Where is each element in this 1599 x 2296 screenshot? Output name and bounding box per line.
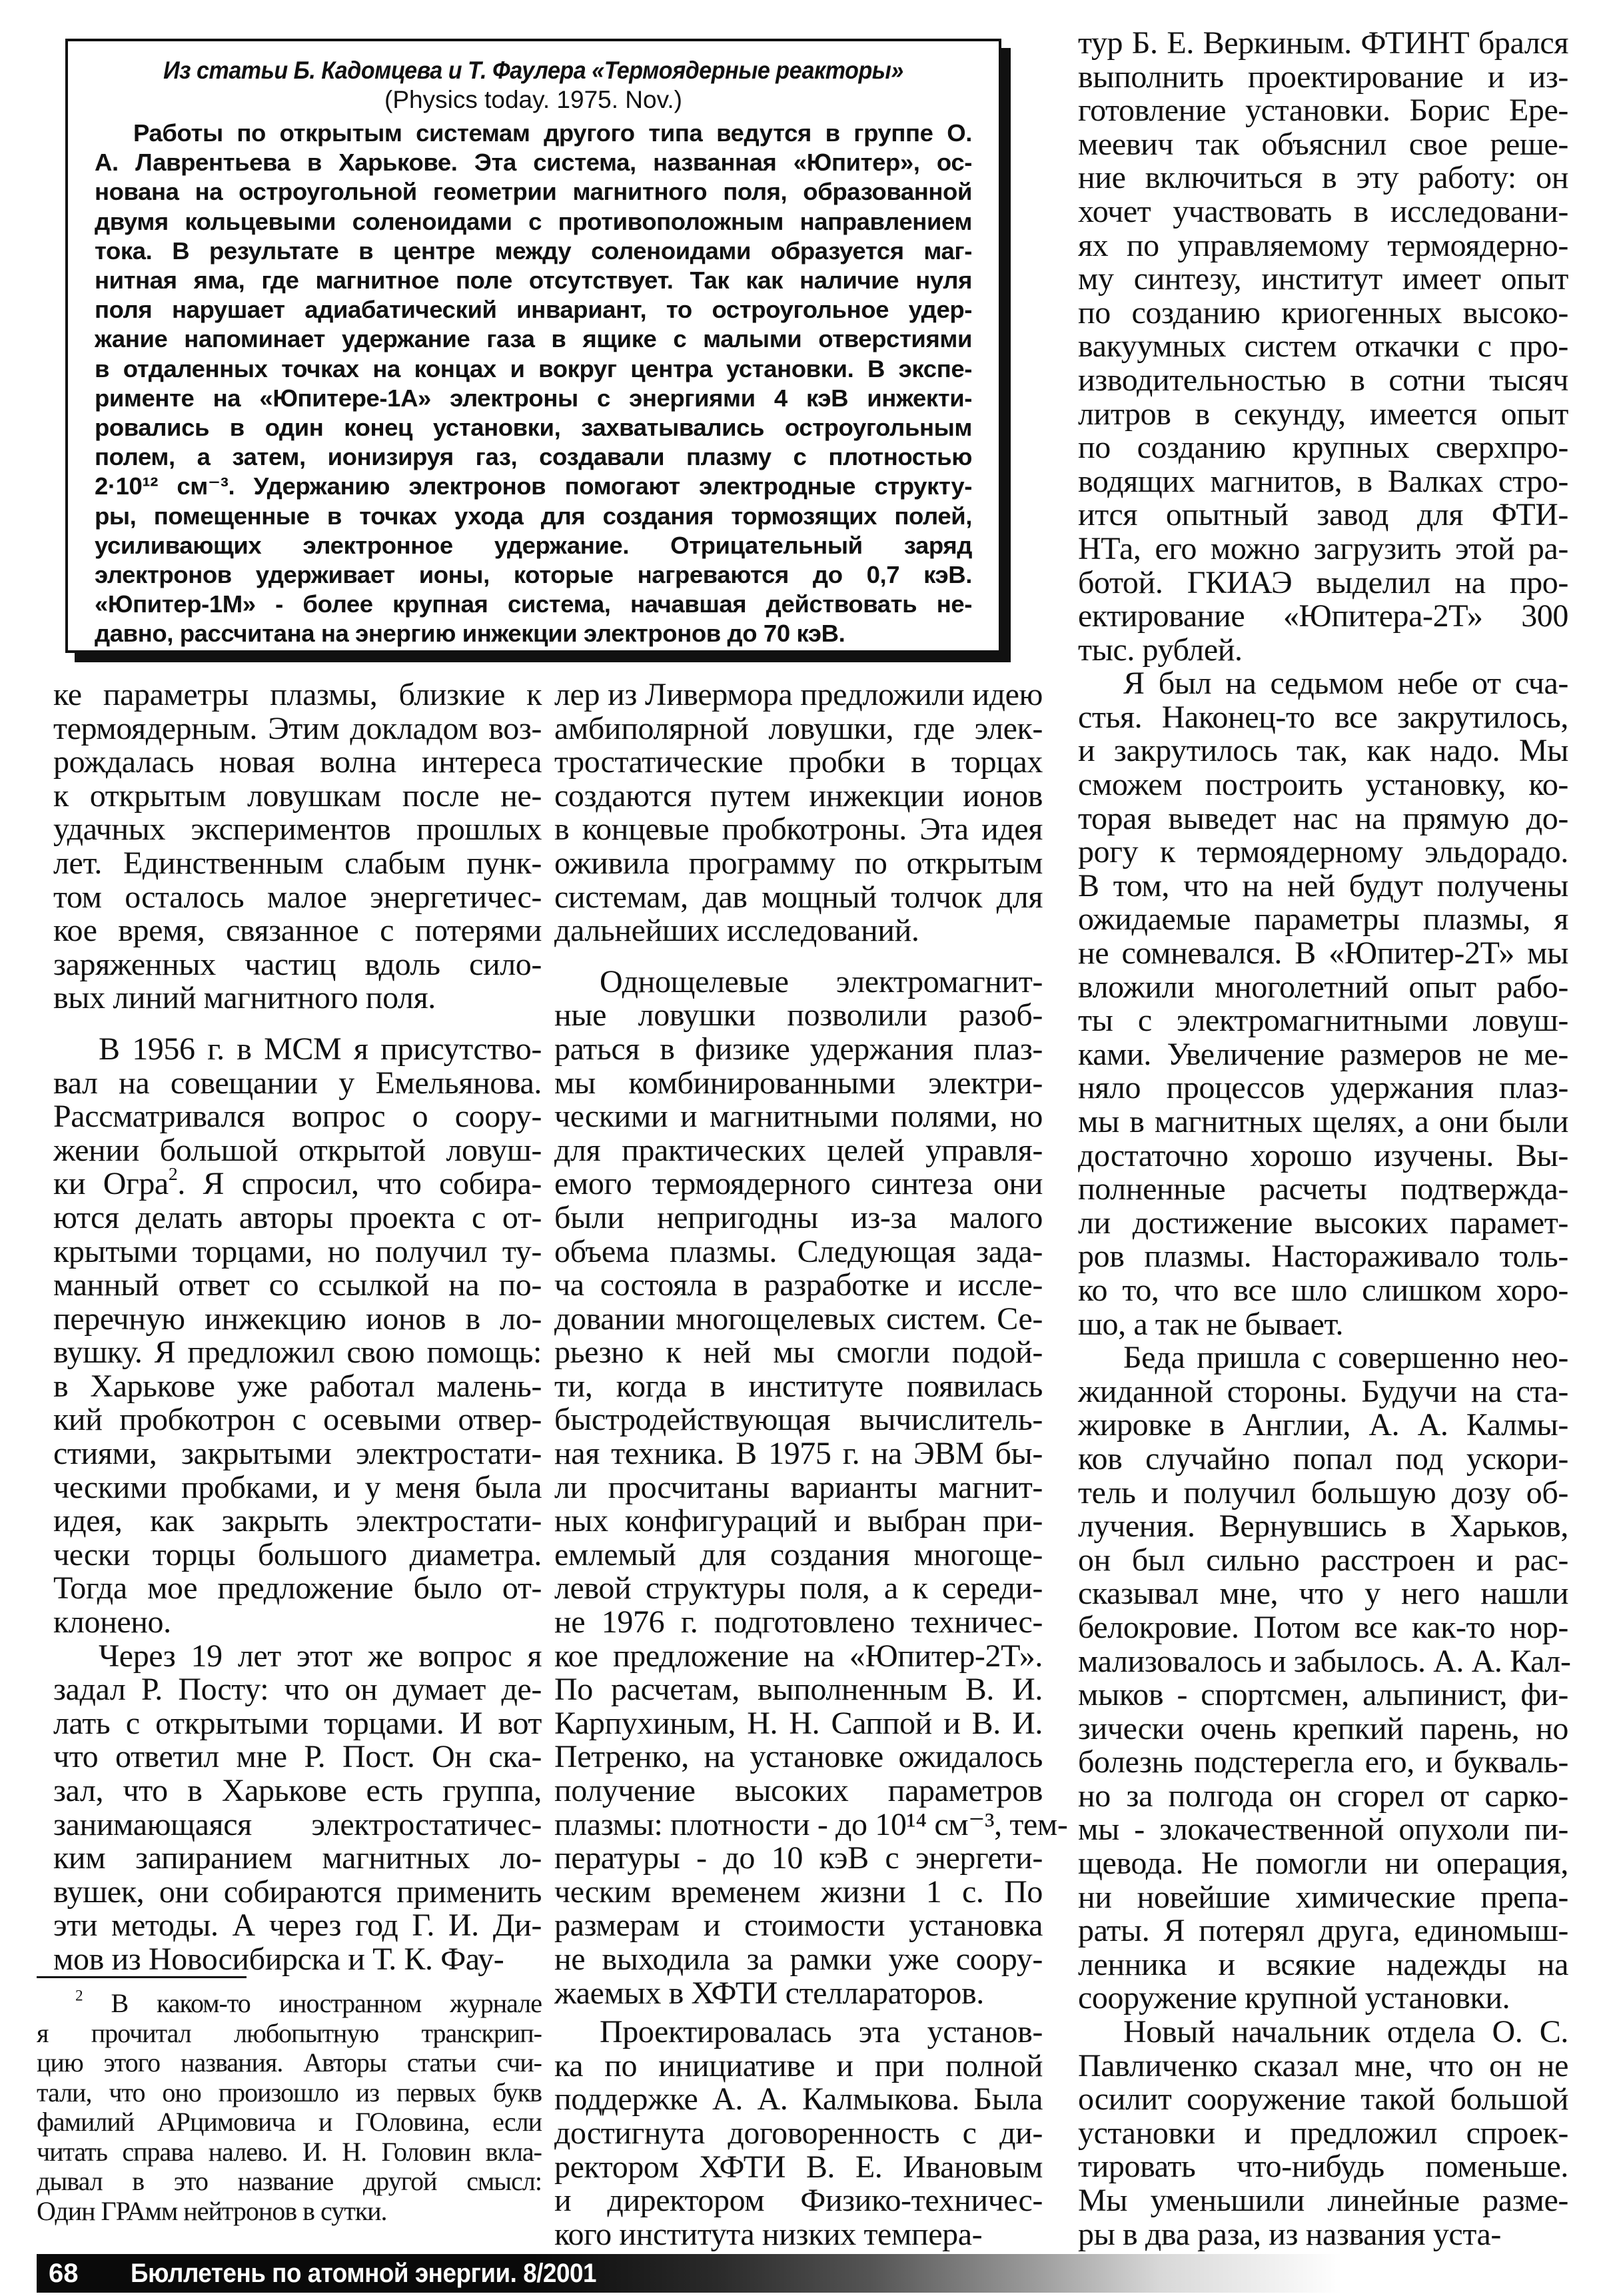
text-line: мыков - спортсмен, альпинист, фи- xyxy=(1078,1678,1568,1712)
text-line: вакуумных систем откачки с про- xyxy=(1078,330,1568,364)
text-line: вушку. Я предложил свою помощь: xyxy=(53,1336,542,1370)
text-line: ты с электромагнитными ловуш- xyxy=(1078,1004,1568,1038)
text-line: чески торцы большого диаметра. xyxy=(53,1538,542,1572)
text-line: ректором ХФТИ В. Е. Ивановым xyxy=(554,2151,1043,2185)
text-line: занимающаяся электростатичес- xyxy=(53,1808,542,1842)
text-line: стиями, закрытыми электростати- xyxy=(53,1437,542,1471)
text-line: ками. Увеличение размеров не ме- xyxy=(1078,1038,1568,1072)
text-line: к открытым ловушкам после не- xyxy=(53,780,542,814)
paragraph: ке параметры плазмы, близкие ктермоядерн… xyxy=(53,678,542,1015)
text-line: он был сильно расстроен и рас- xyxy=(1078,1544,1568,1578)
text-line: не сомневался. В «Юпитер-2Т» мы xyxy=(1078,937,1568,971)
text-line: кое предложение на «Юпитер-2Т». xyxy=(554,1640,1043,1674)
text-line: я прочитал любопытную транскрип- xyxy=(37,2019,542,2049)
paragraph: Я был на седьмом небе от сча-стья. Након… xyxy=(1078,667,1568,1341)
text-line: ются делать авторы проекта с от- xyxy=(53,1201,542,1235)
text-line: вушек, они собираются применить xyxy=(53,1876,542,1910)
text-line: нована на остроугольной геометрии магнит… xyxy=(95,177,972,207)
text-line: дывал в это название другой смысл: xyxy=(37,2167,542,2197)
text-line: фамилий АРцимовича и ГОловина, если xyxy=(37,2107,542,2137)
text-line: ков случайно попал под ускори- xyxy=(1078,1442,1568,1476)
text-line: выполнить проектирование и из- xyxy=(1078,61,1568,95)
text-line: вых линий магнитного поля. xyxy=(53,981,542,1015)
text-line: ные ловушки позволили разоб- xyxy=(554,999,1043,1033)
text-line: тель и получил большую дозу об- xyxy=(1078,1476,1568,1510)
text-line: ожидаемые параметры плазмы, я xyxy=(1078,903,1568,937)
text-line: ка по инициативе и при полной xyxy=(554,2049,1043,2083)
text-line: Тогда мое предложение было от- xyxy=(53,1572,542,1606)
text-line: ко то, что все шло слишком хоро- xyxy=(1078,1274,1568,1308)
text-line: Один ГРАмм нейтронов в сутки. xyxy=(37,2197,542,2227)
text-line: изводительностью в сотни тысяч xyxy=(1078,364,1568,398)
column-middle: лер из Ливермора предложили идеюамбиполя… xyxy=(554,678,1043,2251)
text-line: ли достижение высоких парамет- xyxy=(1078,1207,1568,1241)
text-line: не выходила за рамки уже соору- xyxy=(554,1943,1043,1977)
text-line: зически очень крепкий парень, но xyxy=(1078,1712,1568,1746)
text-line: по созданию криогенных высоко- xyxy=(1078,296,1568,330)
text-line: «Юпитер-1М» - более крупная система, нач… xyxy=(95,590,972,619)
text-line: болезнь подстерегла его, и букваль- xyxy=(1078,1746,1568,1780)
text-line: пературы - до 10 кэВ с энергети- xyxy=(554,1842,1043,1876)
text-line: по созданию крупных сверхпро- xyxy=(1078,431,1568,465)
text-line: клонено. xyxy=(53,1606,542,1640)
text-line: кий пробкотрон с осевыми отвер- xyxy=(53,1403,542,1437)
text-line: создаются путем инжекции ионов xyxy=(554,780,1043,814)
text-line: Новый начальник отдела О. С. xyxy=(1078,2015,1568,2049)
paragraph: Беда пришла с совершенно нео-жиданной ст… xyxy=(1078,1341,1568,2015)
text-line: были непригодны из-за малого xyxy=(554,1201,1043,1235)
magazine-page: Из статьи Б. Кадомцева и Т. Фаулера «Тер… xyxy=(0,0,1599,2296)
text-line: не 1976 г. подготовлено техничес- xyxy=(554,1606,1043,1640)
text-line: тыс. рублей. xyxy=(1078,634,1568,668)
text-line: кого института низких темпера- xyxy=(554,2218,1043,2252)
text-line: сооружение крупной установки. xyxy=(1078,1982,1568,2015)
text-line: идея, как закрыть электростати- xyxy=(53,1504,542,1538)
text-line: му синтезу, институт имеет опыт xyxy=(1078,263,1568,296)
text-line: и закрутилось так, как надо. Мы xyxy=(1078,734,1568,768)
text-line: полненные расчеты подтвержда- xyxy=(1078,1173,1568,1207)
text-line: мы комбинированными электри- xyxy=(554,1067,1043,1101)
quote-source: (Physics today. 1975. Nov.) xyxy=(95,85,972,115)
journal-title: Бюллетень по атомной энергии. 8/2001 xyxy=(131,2254,596,2293)
text-line: довании многощелевых систем. Се- xyxy=(554,1303,1043,1337)
text-line: ры, помещенные в точках ухода для создан… xyxy=(95,502,972,531)
text-line: ленника и всякие надежды на xyxy=(1078,1948,1568,1982)
text-line: жаемых в ХФТИ стеллараторов. xyxy=(554,1977,1043,2011)
text-line: вложили многолетний опыт рабо- xyxy=(1078,971,1568,1005)
text-line: жание напоминает удержание газа в ящике … xyxy=(95,324,972,354)
text-line: Карпухиным, Н. Н. Саппой и В. И. xyxy=(554,1707,1043,1741)
text-line: тировать что-нибудь поменьше. xyxy=(1078,2150,1568,2184)
column-left: ке параметры плазмы, близкие ктермоядерн… xyxy=(53,678,542,1977)
paragraph: тур Б. Е. Веркиным. ФТИНТ бралсявыполнит… xyxy=(1078,27,1568,667)
text-line: мализовалось и забылось. А. А. Кал- xyxy=(1078,1645,1568,1679)
text-line: ровались в один конец установки, захваты… xyxy=(95,413,972,442)
paragraph: Проектировалась эта установ-ка по инициа… xyxy=(554,2015,1043,2251)
text-line: манный ответ со ссылкой на по- xyxy=(53,1269,542,1303)
text-line: Рассматривался вопрос о соору- xyxy=(53,1100,542,1134)
text-line: мов из Новосибирска и Т. К. Фау- xyxy=(53,1943,542,1977)
text-line: мы в магнитных щелях, а они были xyxy=(1078,1105,1568,1139)
page-number: 68 xyxy=(37,2254,123,2293)
text-line: читать справа налево. И. Н. Головин вкла… xyxy=(37,2137,542,2167)
text-line: ится опытный завод для ФТИ- xyxy=(1078,498,1568,532)
text-line: Петренко, на установке ожидалось xyxy=(554,1740,1043,1774)
text-line: системам, дав мощный толчок для xyxy=(554,881,1043,915)
paragraph: В 1956 г. в МСМ я присутство-вал на сове… xyxy=(53,1033,542,1640)
text-line: плазмы: плотности - до 10¹⁴ см⁻³, тем- xyxy=(554,1808,1043,1842)
text-line: и директором Физико-техничес- xyxy=(554,2184,1043,2218)
text-line: Работы по открытым системам другого типа… xyxy=(95,119,972,148)
text-line: полем, а затем, ионизируя газ, создавали… xyxy=(95,442,972,472)
text-line: Павличенко сказал мне, что он не xyxy=(1078,2049,1568,2083)
text-line: но за полгода он сгорел от сарко- xyxy=(1078,1780,1568,1814)
text-line: ким запиранием магнитных ло- xyxy=(53,1842,542,1876)
text-line: белокровие. Потом все как-то нор- xyxy=(1078,1611,1568,1645)
text-line: стья. Наконец-то все закрутилось, xyxy=(1078,701,1568,735)
text-line: В 1956 г. в МСМ я присутство- xyxy=(53,1033,542,1067)
paragraph: лер из Ливермора предложили идеюамбиполя… xyxy=(554,678,1043,948)
text-line: усиливающих электронное удержание. Отриц… xyxy=(95,531,972,560)
text-line: щевода. Не помогли ни операция, xyxy=(1078,1847,1568,1881)
text-line: 2 В каком-то иностранном журнале xyxy=(37,1989,542,2019)
text-line: быстродействующая вычислитель- xyxy=(554,1403,1043,1437)
text-line: лет. Единственным слабым пунк- xyxy=(53,847,542,881)
text-line: для практических целей управля- xyxy=(554,1134,1043,1168)
text-line: ры в два раза, из названия уста- xyxy=(1078,2218,1568,2252)
text-line: ботой. ГКИАЭ выделил на про- xyxy=(1078,566,1568,600)
text-line: поддержке А. А. Калмыкова. Была xyxy=(554,2083,1043,2117)
text-line: лать с открытыми торцами. И вот xyxy=(53,1707,542,1741)
quote-body: Работы по открытым системам другого типа… xyxy=(95,119,972,649)
text-line: тростатические пробки в торцах xyxy=(554,746,1043,780)
text-line: ли просчитаны варианты магнит- xyxy=(554,1471,1043,1505)
text-line: няло процессов удержания плаз- xyxy=(1078,1071,1568,1105)
text-line: Мы уменьшили линейные разме- xyxy=(1078,2184,1568,2218)
text-line: электронов удерживает ионы, которые нагр… xyxy=(95,560,972,590)
text-line: ектирование «Юпитера-2Т» 300 xyxy=(1078,600,1568,634)
text-line: двумя кольцевыми соленоидами с противопо… xyxy=(95,207,972,237)
text-line: ных конфигураций и выбран при- xyxy=(554,1504,1043,1538)
text-line: Проектировалась эта установ- xyxy=(554,2015,1043,2049)
text-line: термоядерным. Этим докладом воз- xyxy=(53,712,542,746)
text-line: вал на совещании у Емельянова. xyxy=(53,1067,542,1101)
text-line: емлемый для создания многоще- xyxy=(554,1538,1043,1572)
text-line: ческими пробками, и у меня была xyxy=(53,1471,542,1505)
text-line: 2·10¹² см⁻³. Удержанию электронов помога… xyxy=(95,472,972,501)
text-line: что ответил мне Р. Пост. Он ска- xyxy=(53,1740,542,1774)
text-line: установки и предложил спроек- xyxy=(1078,2117,1568,2151)
text-line: давно, рассчитана на энергию инжекции эл… xyxy=(95,619,972,648)
column-right: тур Б. Е. Веркиным. ФТИНТ бралсявыполнит… xyxy=(1078,27,1568,2251)
footnote-marker: 2 xyxy=(169,1164,178,1185)
paragraph: Новый начальник отдела О. С.Павличенко с… xyxy=(1078,2015,1568,2251)
page-footer: 68 Бюллетень по атомной энергии. 8/2001 xyxy=(37,2254,1342,2293)
text-line: в отдаленных точках на концах и вокруг ц… xyxy=(95,354,972,384)
text-line: в концевые пробкотроны. Эта идея xyxy=(554,813,1043,847)
text-line: рогу к термоядерному эльдорадо. xyxy=(1078,836,1568,869)
text-line: шо, а так не бывает. xyxy=(1078,1308,1568,1342)
text-line: заряженных частиц вдоль сило- xyxy=(53,948,542,982)
text-line: кое время, связанное с потерями xyxy=(53,914,542,948)
text-line: В том, что на ней будут получены xyxy=(1078,869,1568,903)
text-line: сможем построить установку, ко- xyxy=(1078,768,1568,802)
text-line: оживила программу по открытым xyxy=(554,847,1043,881)
text-line: левой структуры поля, а к середи- xyxy=(554,1572,1043,1606)
text-line: амбиполярной ловушки, где элек- xyxy=(554,712,1043,746)
text-line: мы - злокачественной опухоли пи- xyxy=(1078,1813,1568,1847)
text-line: По расчетам, выполненным В. И. xyxy=(554,1673,1043,1707)
text-line: ни новейшие химические препа- xyxy=(1078,1881,1568,1915)
paragraph: Однощелевые электромагнит-ные ловушки по… xyxy=(554,965,1043,2010)
text-line: жении большой открытой ловуш- xyxy=(53,1134,542,1168)
text-line: Беда пришла с совершенно нео- xyxy=(1078,1341,1568,1375)
text-line: крытыми торцами, но получил ту- xyxy=(53,1235,542,1269)
text-line: Я был на седьмом небе от сча- xyxy=(1078,667,1568,701)
text-line: ная техника. В 1975 г. на ЭВМ бы- xyxy=(554,1437,1043,1471)
text-line: сказывал мне, что у него нашли xyxy=(1078,1577,1568,1611)
text-line: дальнейших исследований. xyxy=(554,914,1043,948)
text-line: получение высоких параметров xyxy=(554,1774,1043,1808)
text-line: цию этого названия. Авторы статьи счи- xyxy=(37,2048,542,2078)
text-line: удачных экспериментов прошлых xyxy=(53,813,542,847)
text-line: лучения. Вернувшись в Харьков, xyxy=(1078,1510,1568,1544)
text-line: объема плазмы. Следующая зада- xyxy=(554,1235,1043,1269)
text-line: том осталось малое энергетичес- xyxy=(53,881,542,915)
paragraph: Через 19 лет этот же вопрос язадал Р. По… xyxy=(53,1640,542,1977)
text-line: задал Р. Посту: что он думает де- xyxy=(53,1673,542,1707)
text-line: тали, что оно произошло из первых букв xyxy=(37,2078,542,2108)
text-line: Однощелевые электромагнит- xyxy=(554,965,1043,999)
text-line: раты. Я потерял друга, единомыш- xyxy=(1078,1914,1568,1948)
text-line: осилит сооружение такой большой xyxy=(1078,2083,1568,2117)
text-line: ки Огра2. Я спросил, что собира- xyxy=(53,1167,542,1201)
text-line: готовление установки. Борис Ере- xyxy=(1078,94,1568,128)
text-line: ров плазмы. Настораживало толь- xyxy=(1078,1240,1568,1274)
text-line: рождалась новая волна интереса xyxy=(53,746,542,780)
text-line: рьезно к ней мы смогли подой- xyxy=(554,1336,1043,1370)
text-line: НТа, его можно загрузить этой ра- xyxy=(1078,532,1568,566)
text-line: жиданной стороны. Будучи на ста- xyxy=(1078,1375,1568,1409)
text-line: зал, что в Харькове есть группа, xyxy=(53,1774,542,1808)
text-line: ча состояла в разработке и иссле- xyxy=(554,1269,1043,1303)
text-line: ние включиться в эту работу: он xyxy=(1078,161,1568,195)
text-line: водящих магнитов, в Валках стро- xyxy=(1078,465,1568,499)
text-line: торая выведет нас на прямую до- xyxy=(1078,802,1568,836)
footnote-divider xyxy=(37,1976,247,1978)
text-line: меевич так объяснил свое реше- xyxy=(1078,128,1568,162)
text-line: А. Лаврентьева в Харькове. Эта система, … xyxy=(95,148,972,177)
text-line: достигнута договоренность с ди- xyxy=(554,2117,1043,2151)
text-line: раться в физике удержания плаз- xyxy=(554,1033,1043,1067)
sidebar-quote-box: Из статьи Б. Кадомцева и Т. Фаулера «Тер… xyxy=(65,39,1001,653)
text-line: тур Б. Е. Веркиным. ФТИНТ брался xyxy=(1078,27,1568,61)
text-line: ях по управляемому термоядерно- xyxy=(1078,229,1568,263)
text-line: Через 19 лет этот же вопрос я xyxy=(53,1640,542,1674)
text-line: эти методы. А через год Г. И. Ди- xyxy=(53,1909,542,1943)
text-line: ке параметры плазмы, близкие к xyxy=(53,678,542,712)
text-line: жировке в Англии, А. А. Калмы- xyxy=(1078,1409,1568,1442)
text-line: лер из Ливермора предложили идею xyxy=(554,678,1043,712)
footnote-marker: 2 xyxy=(75,1988,83,2005)
footnote: 2 В каком-то иностранном журналея прочит… xyxy=(37,1989,542,2226)
text-line: нитная яма, где магнитное поле отсутству… xyxy=(95,266,972,295)
text-line: ческим временем жизни 1 с. По xyxy=(554,1876,1043,1910)
text-line: ческими и магнитными полями, но xyxy=(554,1100,1043,1134)
text-line: поля нарушает адиабатический инвариант, … xyxy=(95,295,972,324)
text-line: рименте на «Юпитере-1А» электроны с энер… xyxy=(95,384,972,413)
text-line: перечную инжекцию ионов в ло- xyxy=(53,1303,542,1337)
text-line: тока. В результате в центре между солено… xyxy=(95,237,972,266)
text-line: в Харькове уже работал малень- xyxy=(53,1370,542,1404)
text-line: хочет участвовать в исследовани- xyxy=(1078,195,1568,229)
quote-title: Из статьи Б. Кадомцева и Т. Фаулера «Тер… xyxy=(130,56,937,85)
text-line: ти, когда в институте появилась xyxy=(554,1370,1043,1404)
text-line: емого термоядерного синтеза они xyxy=(554,1167,1043,1201)
text-line: литров в секунду, имеется опыт xyxy=(1078,398,1568,432)
text-line: достаточно хорошо изучены. Вы- xyxy=(1078,1139,1568,1173)
text-line: размерам и стоимости установка xyxy=(554,1909,1043,1943)
